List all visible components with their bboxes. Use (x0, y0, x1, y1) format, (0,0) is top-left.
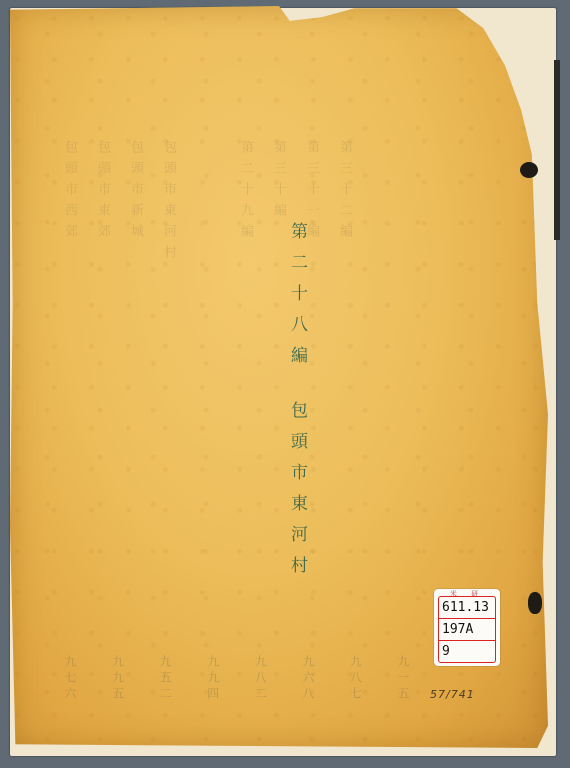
subtitle-char: 包 (287, 401, 307, 432)
call-number-label: 米 研 611.13 197A 9 (434, 589, 500, 666)
bleed-column: 第二十九編 (236, 140, 255, 266)
binding-hole (528, 592, 542, 614)
page-number: 九九五 (110, 655, 127, 703)
page-number: 九七六 (62, 655, 79, 703)
page-number: 九一五 (395, 655, 412, 703)
page-number: 九五二 (157, 655, 174, 703)
bleed-column: 第三十二編 (335, 140, 354, 266)
spacer (192, 140, 222, 266)
title-char: 編 (287, 346, 307, 377)
bleed-column: 包頭市東河村 (159, 140, 178, 266)
bleed-column: 第三十編 (269, 140, 288, 266)
bleed-column: 包頭市新城 (126, 140, 145, 266)
bleed-through-text: 第三十二編 第三十一編 第三十編 第二十九編 包頭市東河村 包頭市新城 包頭市東… (60, 140, 354, 266)
subtitle-char: 市 (287, 463, 307, 494)
call-number-class: 611.13 (439, 597, 495, 619)
title-char: 十 (287, 284, 307, 315)
call-number-volume: 9 (439, 641, 495, 662)
bleed-column: 包頭市西郊 (60, 140, 79, 266)
title-char: 第 (287, 222, 307, 253)
subtitle-char: 東 (287, 494, 307, 525)
page-number: 九八七 (347, 655, 364, 703)
binding-spine (554, 60, 560, 240)
bleed-page-numbers: 九七六 九九五 九五二 九九四 九八二 九六八 九八七 九一五 (62, 655, 412, 703)
subtitle-char: 頭 (287, 432, 307, 463)
document-title: 第二十八編包頭市東河村 (288, 222, 305, 587)
handwritten-note: 57/741 (430, 688, 475, 701)
page-number: 九六八 (300, 655, 317, 703)
call-number-author: 197A (439, 619, 495, 641)
title-char: 八 (287, 315, 307, 346)
subtitle-char: 村 (287, 556, 307, 587)
label-frame: 611.13 197A 9 (438, 596, 496, 663)
page-number: 九九四 (205, 655, 222, 703)
bleed-column: 包頭市東郊 (93, 140, 112, 266)
title-char: 二 (287, 253, 307, 284)
subtitle-char: 河 (287, 525, 307, 556)
binding-hole (520, 162, 538, 178)
page-number: 九八二 (252, 655, 269, 703)
